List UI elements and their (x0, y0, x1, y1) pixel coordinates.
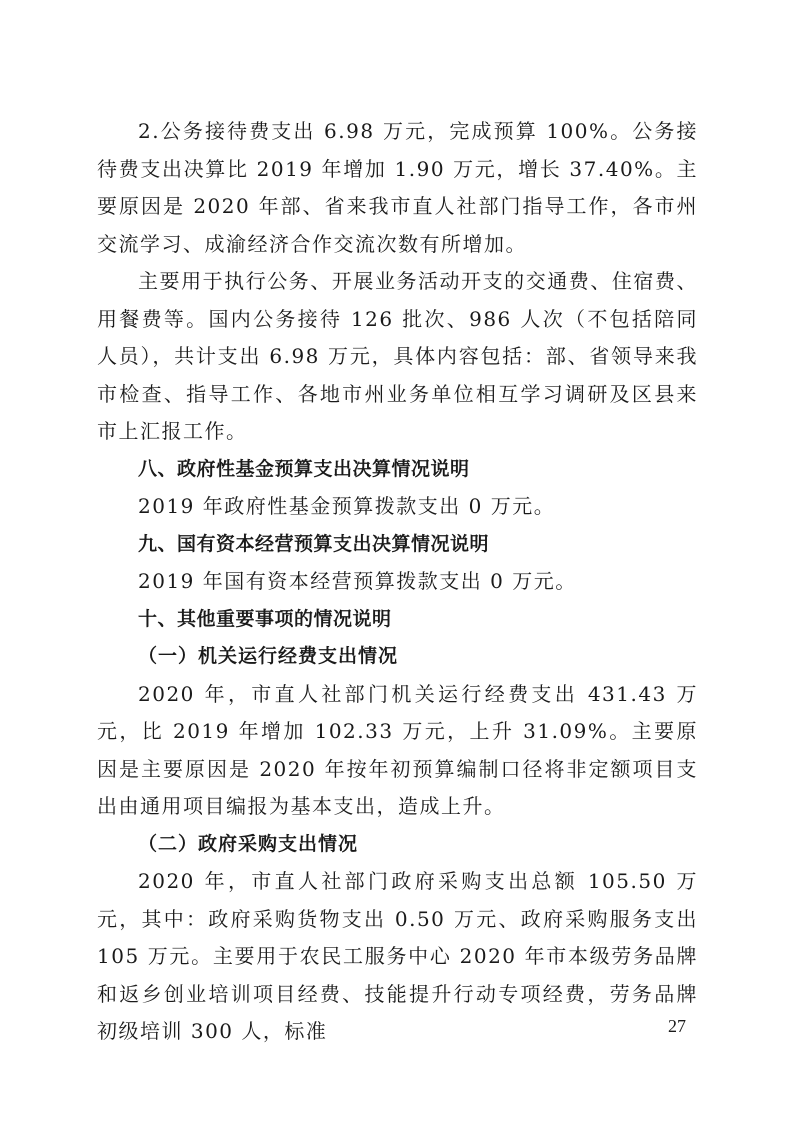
document-page: 2.公务接待费支出 6.98 万元，完成预算 100%。公务接待费支出决算比 2… (97, 113, 698, 1051)
subheading-operating-expenses: （一）机关运行经费支出情况 (97, 638, 698, 676)
paragraph-gov-fund: 2019 年政府性基金预算拨款支出 0 万元。 (97, 488, 698, 526)
heading-section-8: 八、政府性基金预算支出决算情况说明 (97, 451, 698, 489)
heading-section-9: 九、国有资本经营预算支出决算情况说明 (97, 526, 698, 564)
paragraph-reception-details: 主要用于执行公务、开展业务活动开支的交通费、住宿费、用餐费等。国内公务接待 12… (97, 263, 698, 451)
paragraph-operating-expenses: 2020 年，市直人社部门机关运行经费支出 431.43 万元，比 2019 年… (97, 676, 698, 826)
paragraph-procurement: 2020 年，市直人社部门政府采购支出总额 105.50 万元，其中：政府采购货… (97, 863, 698, 1051)
paragraph-reception-expense: 2.公务接待费支出 6.98 万元，完成预算 100%。公务接待费支出决算比 2… (97, 113, 698, 263)
paragraph-state-capital: 2019 年国有资本经营预算拨款支出 0 万元。 (97, 563, 698, 601)
subheading-procurement: （二）政府采购支出情况 (97, 826, 698, 864)
page-number: 27 (668, 1016, 686, 1037)
heading-section-10: 十、其他重要事项的情况说明 (97, 601, 698, 639)
